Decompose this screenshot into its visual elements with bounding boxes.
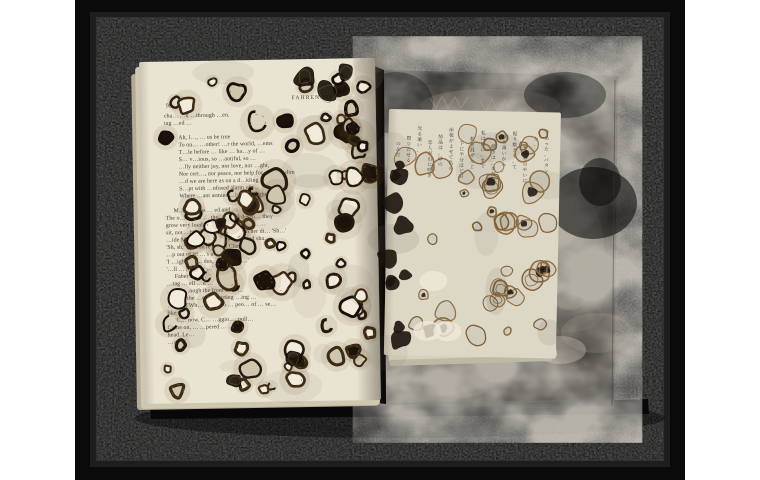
burn-hole xyxy=(355,289,367,302)
burn-hole xyxy=(287,372,305,386)
text-column: 光る遠い、 xyxy=(417,125,423,154)
burn-hole xyxy=(300,194,310,205)
burn-hole xyxy=(259,385,268,393)
burn-ring xyxy=(538,213,556,232)
burn-hole xyxy=(303,280,309,288)
burn-hole xyxy=(168,289,186,309)
burn-ring xyxy=(473,222,482,230)
burn-hole xyxy=(327,274,341,288)
burn-hole xyxy=(286,140,298,152)
burn-hole xyxy=(170,384,184,398)
burn-ring xyxy=(539,129,547,138)
burn-hole xyxy=(176,340,185,351)
burn-hole xyxy=(164,365,170,372)
burn-ring xyxy=(483,138,496,150)
artwork-canvas: 98 FAHRENHEIT cha… …d …through …en.tag …… xyxy=(0,0,760,480)
burn-hole xyxy=(347,123,358,133)
burn-ring xyxy=(432,158,453,178)
soot-blotch xyxy=(524,72,606,118)
burn-hole xyxy=(337,259,346,267)
burn-hole xyxy=(184,199,200,214)
burn-ring xyxy=(518,220,538,238)
burn-hole xyxy=(365,328,375,339)
burn-hole xyxy=(335,214,353,231)
text-line: S… v…ious, so …autiful, so … xyxy=(179,155,257,163)
right-page: であった。バタンた。を掴むのやいに振り敷きも、て紙も薄いから、続きは、まだの私は… xyxy=(365,109,572,375)
text-line: Ah, l…, … us be true xyxy=(178,134,230,141)
burn-hole xyxy=(277,242,286,250)
burn-hole xyxy=(159,132,173,144)
burn-ring xyxy=(428,234,437,245)
burn-hole xyxy=(277,115,292,127)
burn-hole xyxy=(216,219,225,228)
burn-hole xyxy=(301,249,309,258)
open-burned-book: 98 FAHRENHEIT cha… …d …through …en.tag …… xyxy=(131,52,649,419)
burn-hole xyxy=(178,98,194,114)
left-page: 98 FAHRENHEIT cha… …d …through …en.tag …… xyxy=(131,52,393,410)
burn-hole xyxy=(186,256,197,267)
artwork-photo: 98 FAHRENHEIT cha… …d …through …en.tag …… xyxy=(0,0,760,480)
burn-hole xyxy=(358,142,367,151)
smoke-wisp xyxy=(561,313,633,353)
burn-ring xyxy=(504,327,511,335)
